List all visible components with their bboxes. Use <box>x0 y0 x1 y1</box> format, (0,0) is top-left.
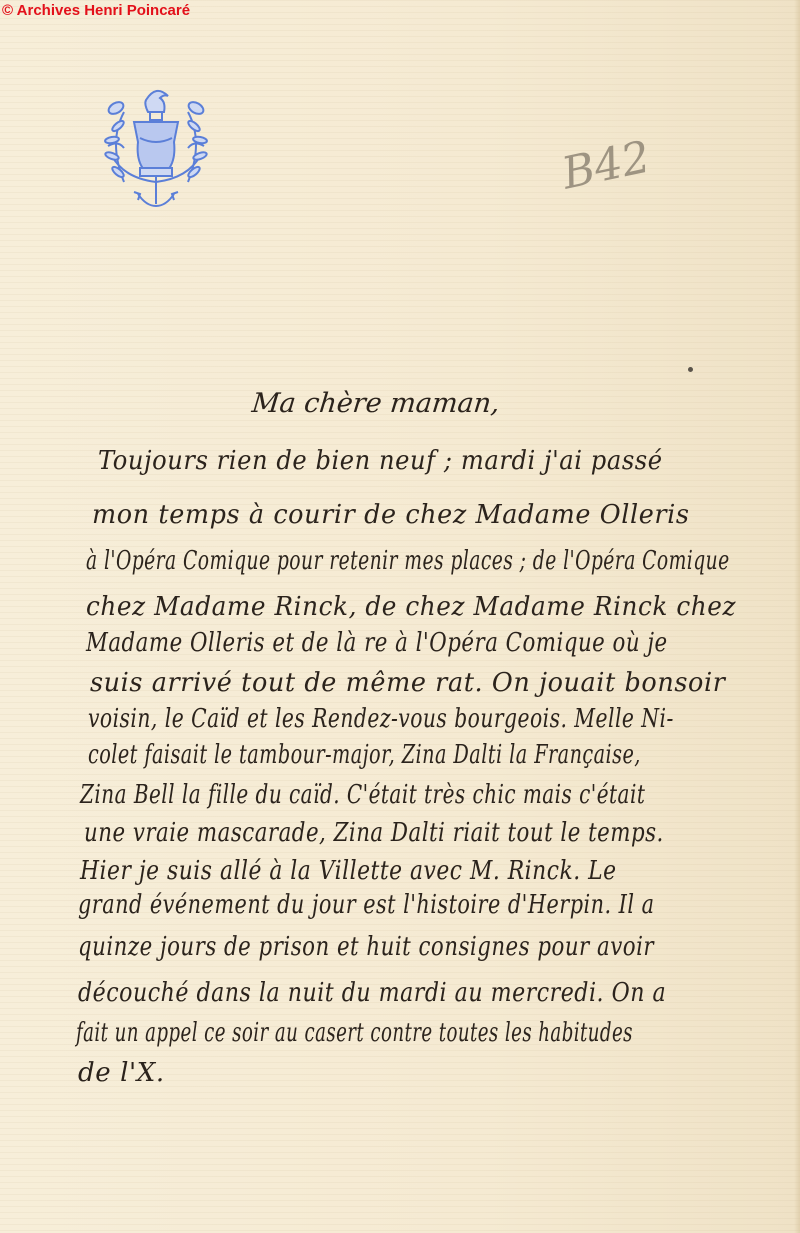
letter-line: mon temps à courir de chez Madame Olleri… <box>92 500 690 530</box>
letter-line: chez Madame Rinck, de chez Madame Rinck … <box>86 592 736 622</box>
letter-line: une vraie mascarade, Zina Dalti riait to… <box>84 818 664 848</box>
letter-line: à l'Opéra Comique pour retenir mes place… <box>86 546 730 576</box>
letter-line: Hier je suis allé à la Villette avec M. … <box>80 856 617 886</box>
letter-salutation: Ma chère maman, <box>250 388 501 419</box>
letter-line: Zina Bell la fille du caïd. C'était très… <box>80 780 645 810</box>
letter-line: grand événement du jour est l'histoire d… <box>78 890 654 920</box>
ink-spot <box>688 367 693 372</box>
copyright-notice: © Archives Henri Poincaré <box>2 2 190 19</box>
archive-reference-mark: B42 <box>558 131 655 199</box>
crest-icon <box>94 82 218 212</box>
letter-line: découché dans la nuit du mardi au mercre… <box>78 978 666 1008</box>
page-edge <box>794 0 800 1233</box>
letter-line: fait un appel ce soir au casert contre t… <box>76 1018 633 1048</box>
letter-line: suis arrivé tout de même rat. On jouait … <box>90 668 725 698</box>
letter-line: Madame Olleris et de là re à l'Opéra Com… <box>86 628 668 658</box>
letter-line: de l'X. <box>78 1058 165 1088</box>
letter-line: voisin, le Caïd et les Rendez-vous bourg… <box>88 704 674 734</box>
letter-line: quinze jours de prison et huit consignes… <box>78 932 654 962</box>
letter-line: colet faisait le tambour-major, Zina Dal… <box>88 740 641 770</box>
letter-line: Toujours rien de bien neuf ; mardi j'ai … <box>98 446 663 476</box>
